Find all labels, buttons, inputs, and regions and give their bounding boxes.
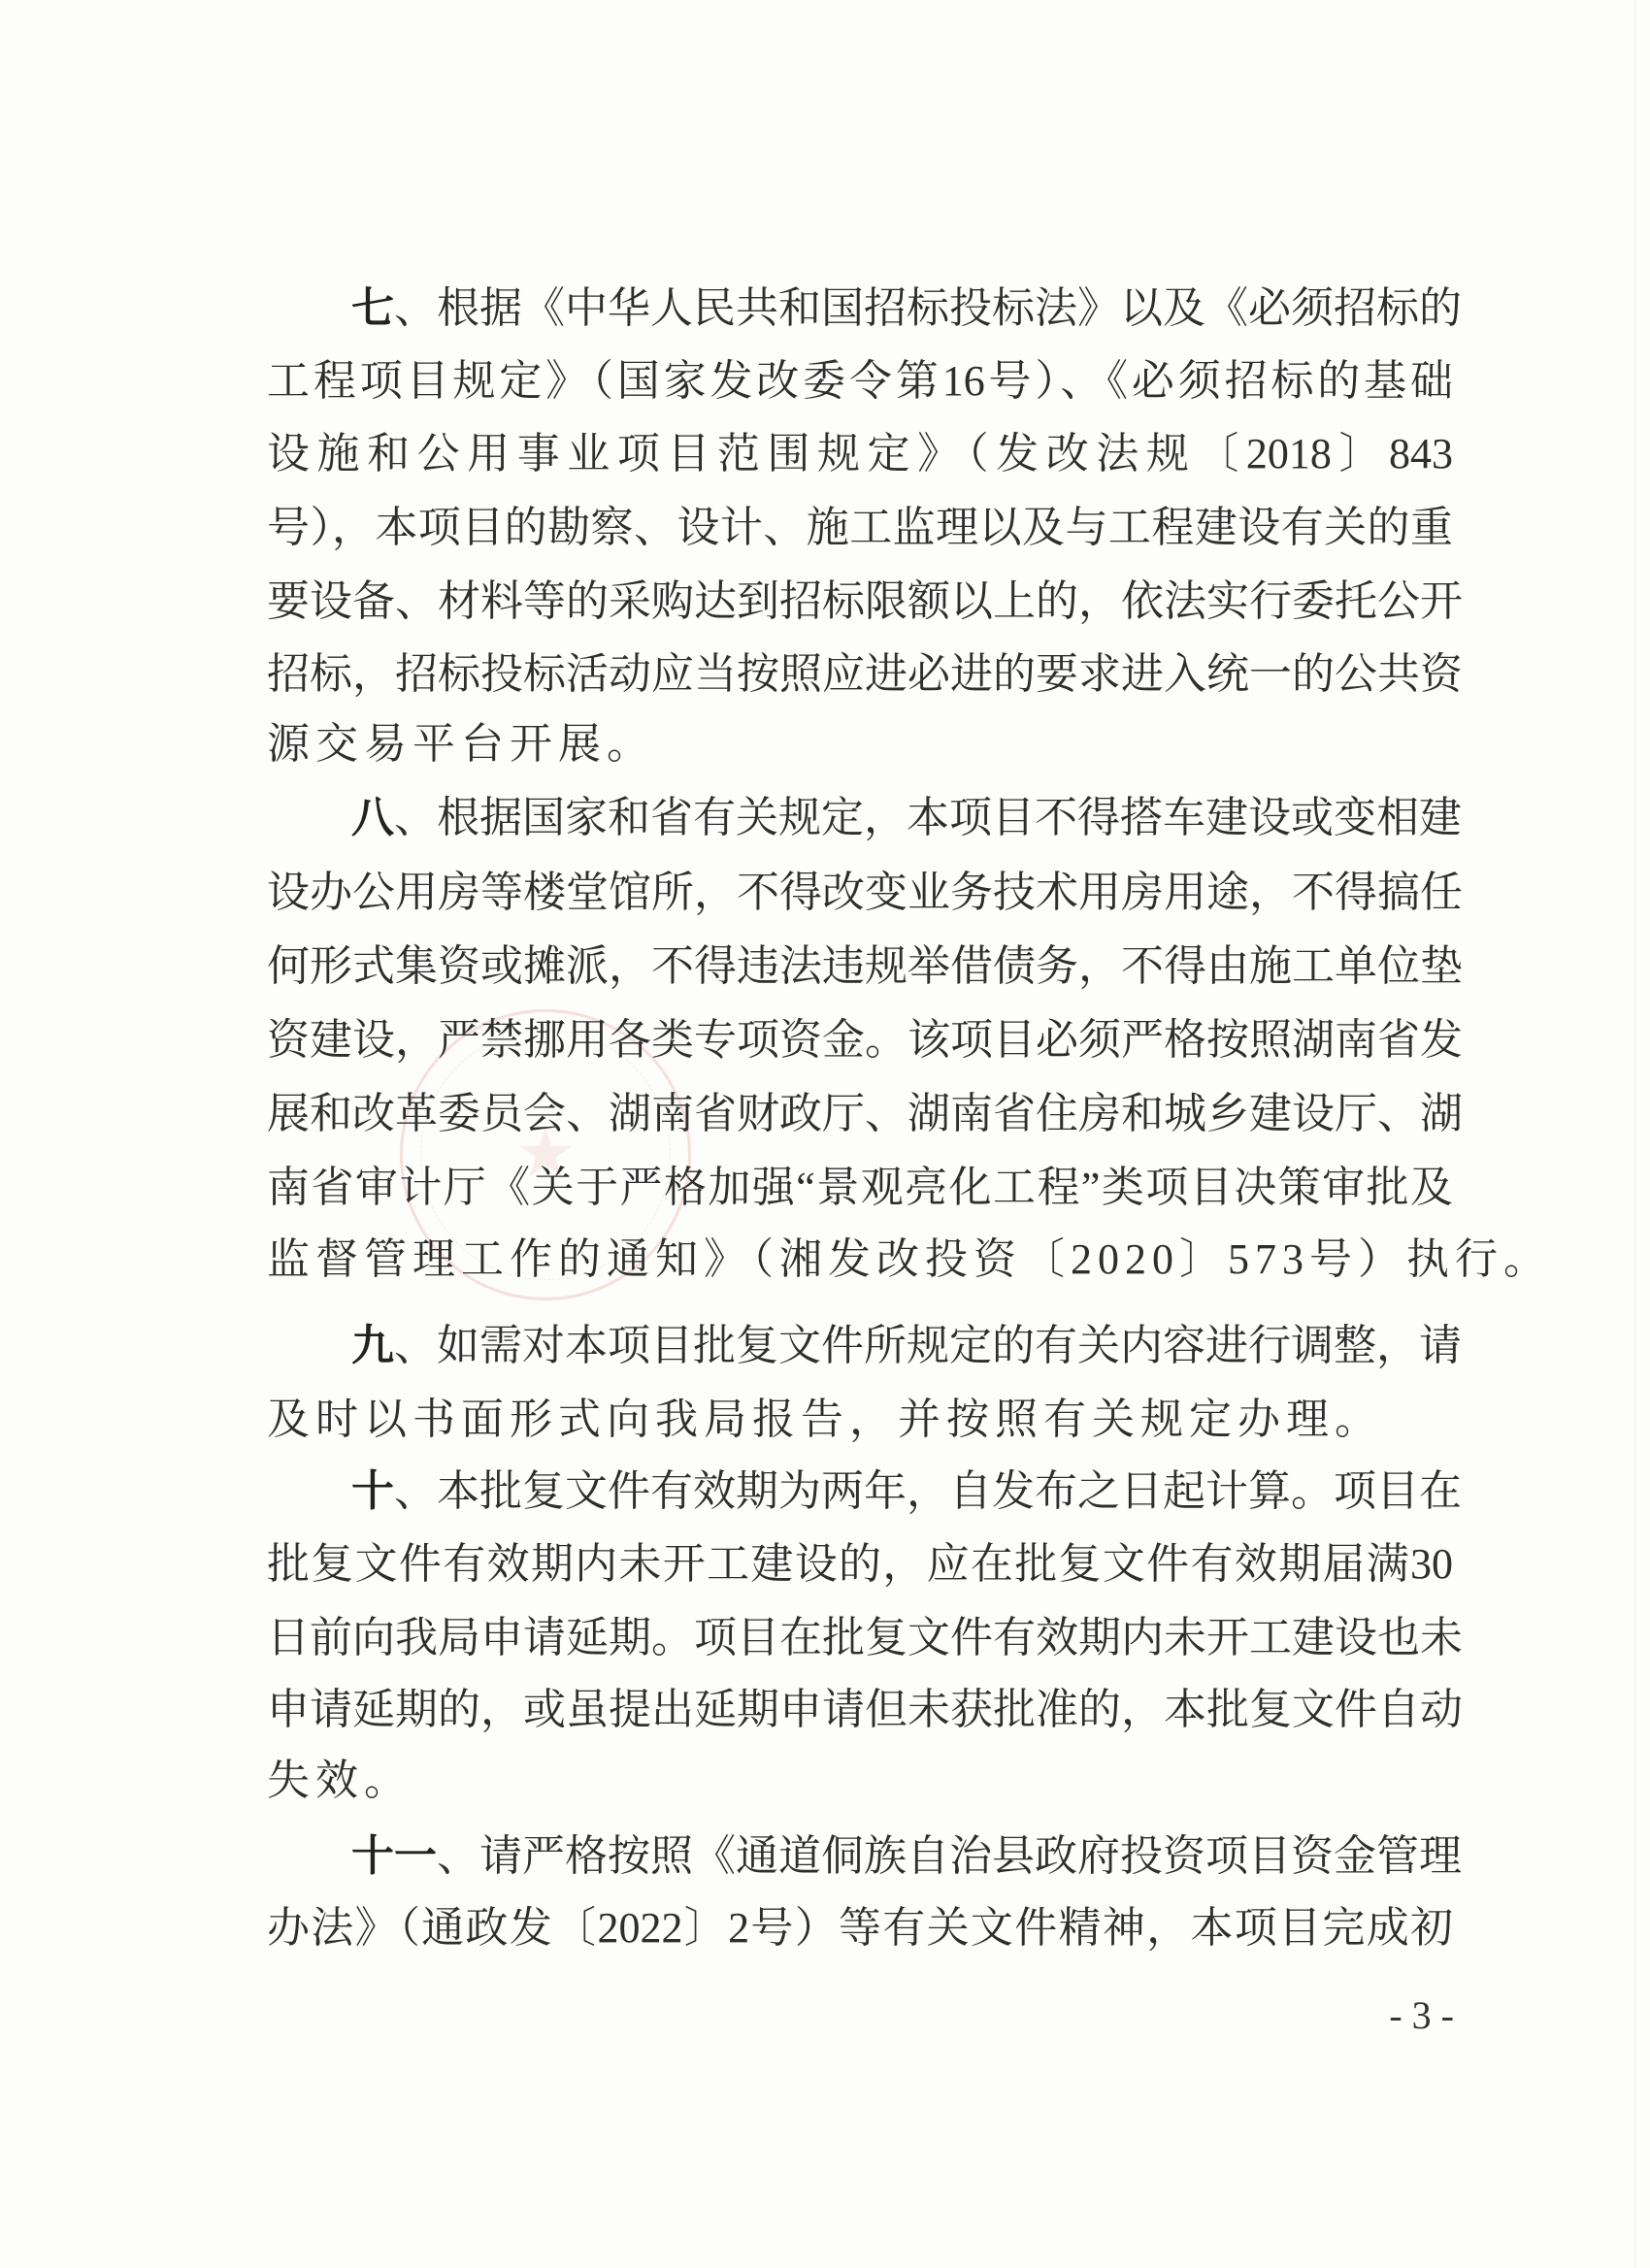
paragraph-8-line-6: 南省审计厅《关于严格加强“景观亮化工程”类项目决策审批及 <box>267 1159 1453 1217</box>
paragraph-10-line-4: 申请延期的，或虽提出延期申请但未获批准的，本批复文件自动 <box>267 1681 1453 1739</box>
paragraph-11-line-1: 十一、请严格按照《通道侗族自治县政府投资项目资金管理 <box>351 1827 1453 1886</box>
paragraph-8-line-7: 监督管理工作的通知》（湘发改投资〔2020〕573号）执行。 <box>267 1231 1453 1289</box>
paragraph-7-line-1: 七、根据《中华人民共和国招标投标法》以及《必须招标的 <box>351 279 1453 338</box>
paragraph-7-line-3: 设施和公用事业项目范围规定》（发改法规〔2018〕843 <box>267 425 1453 483</box>
paragraph-8-line-5: 展和改革委员会、湖南省财政厅、湖南省住房和城乡建设厅、湖 <box>267 1085 1453 1143</box>
paragraph-10-line-5: 失效。 <box>267 1752 1453 1810</box>
paragraph-number: 八 <box>351 794 394 841</box>
paragraph-9-line-2: 及时以书面形式向我局报告，并按照有关规定办理。 <box>267 1391 1453 1449</box>
paragraph-8-line-1: 八、根据国家和省有关规定，本项目不得搭车建设或变相建 <box>351 789 1453 847</box>
page-number: - 3 - <box>1357 1991 1454 2040</box>
paragraph-7-line-6: 招标，招标投标活动应当按照应进必进的要求进入统一的公共资 <box>267 645 1453 704</box>
paragraph-7-line-5: 要设备、材料等的采购达到招标限额以上的，依法实行委托公开 <box>267 573 1453 631</box>
paragraph-8-line-4: 资建设，严禁挪用各类专项资金。该项目必须严格按照湖南省发 <box>267 1011 1453 1069</box>
paragraph-number: 十 <box>351 1467 394 1515</box>
paragraph-7-line-7: 源交易平台开展。 <box>267 715 1453 773</box>
paragraph-number: 七 <box>351 284 394 332</box>
paragraph-10-line-2: 批复文件有效期内未开工建设的，应在批复文件有效期届满30 <box>267 1535 1453 1594</box>
paragraph-7-line-2: 工程项目规定》（国家发改委令第16号）、《必须招标的基础 <box>267 352 1453 411</box>
paragraph-7-line-4: 号），本项目的勘察、设计、施工监理以及与工程建设有关的重 <box>267 499 1453 557</box>
paragraph-9-line-1: 九、如需对本项目批复文件所规定的有关内容进行调整，请 <box>351 1317 1453 1375</box>
scan-edge-shadow <box>1633 0 1636 2268</box>
paragraph-8-line-2: 设办公用房等楼堂馆所，不得改变业务技术用房用途，不得搞任 <box>267 864 1453 922</box>
paragraph-number: 十一 <box>351 1832 437 1880</box>
paragraph-number: 九 <box>351 1322 394 1369</box>
paragraph-8-line-3: 何形式集资或摊派，不得违法违规举借债务，不得由施工单位垫 <box>267 937 1453 996</box>
paragraph-11-line-2: 办法》（通政发〔2022〕2号）等有关文件精神，本项目完成初 <box>267 1899 1453 1957</box>
paragraph-10-line-1: 十、本批复文件有效期为两年，自发布之日起计算。项目在 <box>351 1463 1453 1521</box>
paragraph-10-line-3: 日前向我局申请延期。项目在批复文件有效期内未开工建设也未 <box>267 1609 1453 1667</box>
document-page: ★ 七、根据《中华人民共和国招标投标法》以及《必须招标的 工程项目规定》（国家发… <box>0 0 1650 2268</box>
